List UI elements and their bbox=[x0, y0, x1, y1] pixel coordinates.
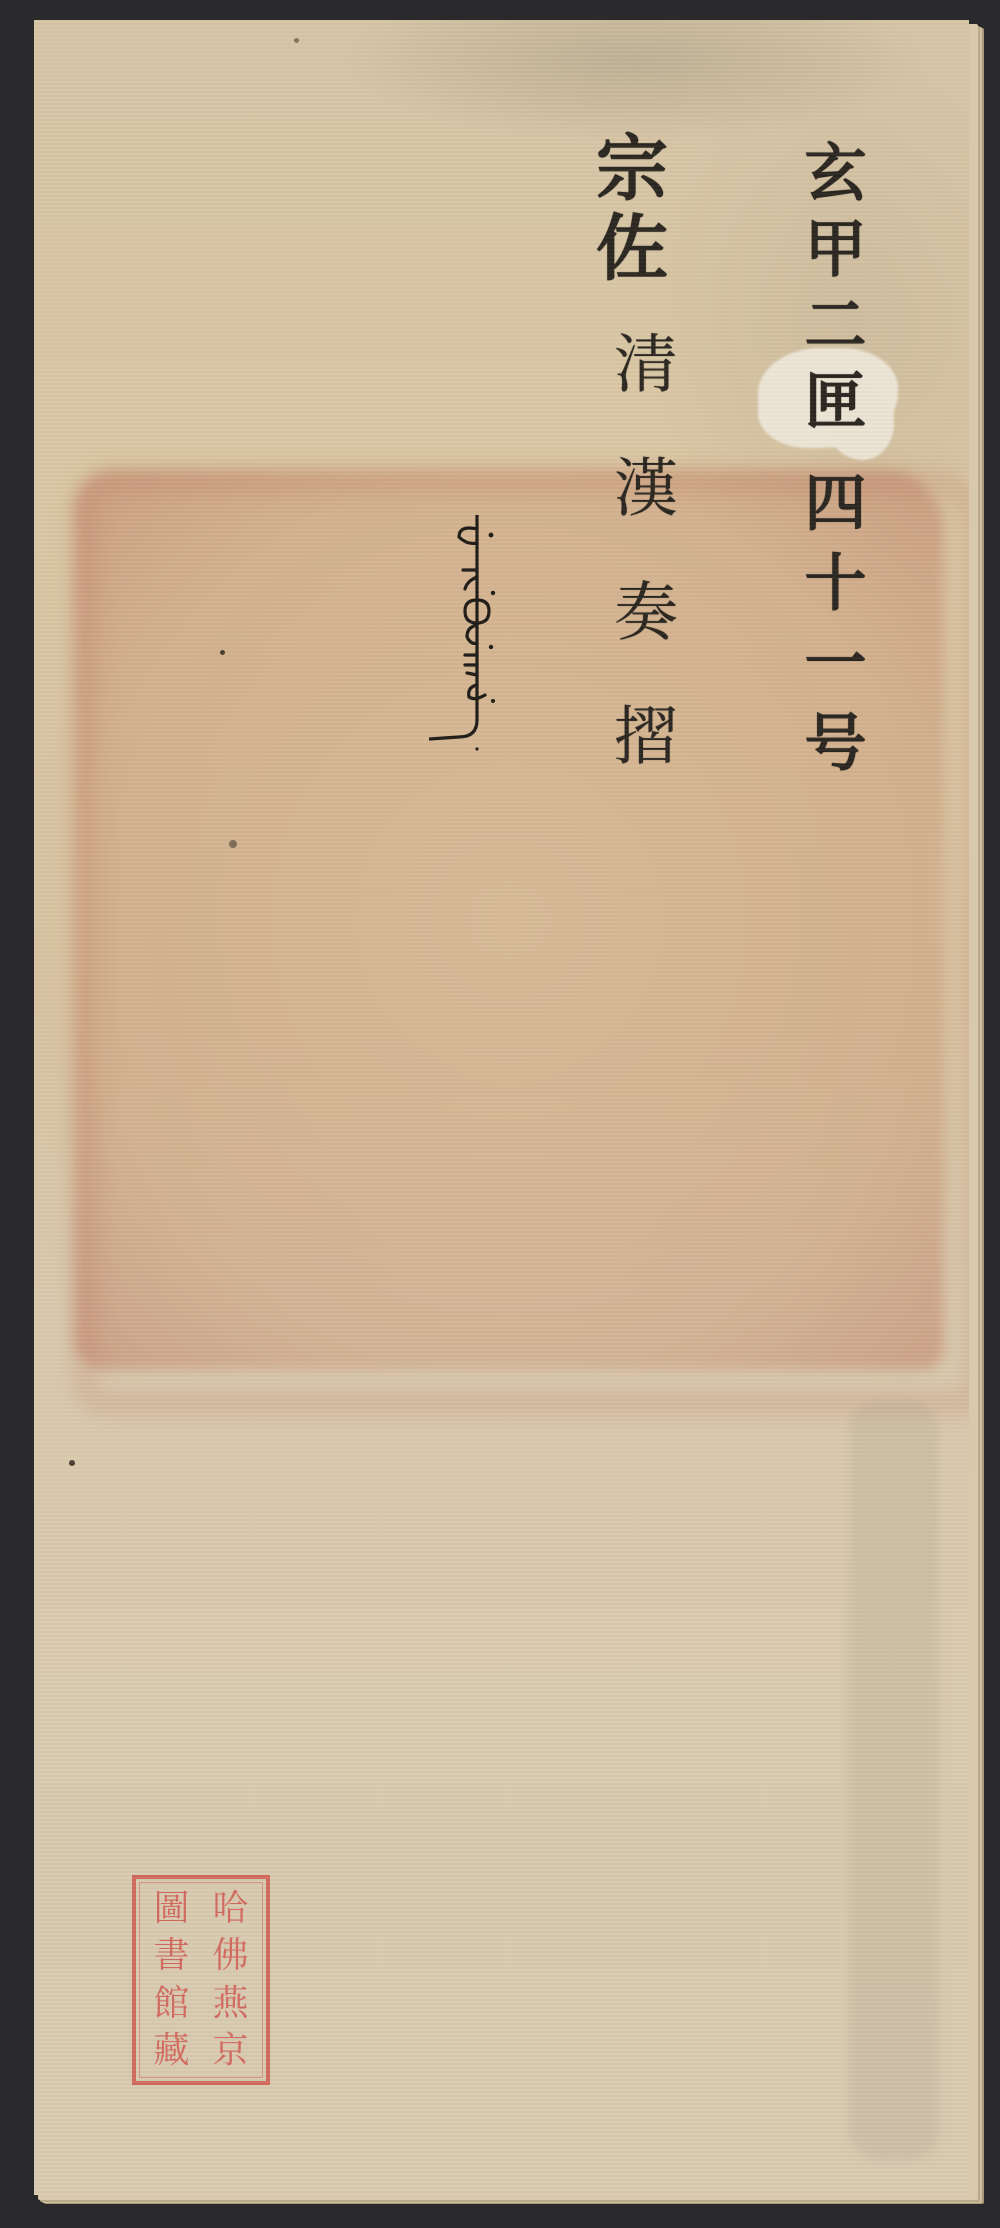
ink-speck bbox=[229, 840, 237, 848]
seal-char: 京 bbox=[201, 2028, 260, 2076]
seal-char: 藏 bbox=[142, 2028, 201, 2076]
manchu-script-icon bbox=[429, 515, 509, 755]
ink-speck bbox=[220, 650, 225, 655]
edge-damage bbox=[849, 1400, 939, 2160]
seal-char: 佛 bbox=[201, 1933, 260, 1981]
seal-char: 圖 bbox=[142, 1885, 201, 1933]
ink-speck bbox=[294, 38, 299, 43]
inscription-right-upper: 玄甲二匣 bbox=[786, 140, 875, 444]
manuscript-page: 玄甲二匣 四十一号 宗佐 清漢奏摺 哈 佛 燕 京 圖 書 館 藏 bbox=[34, 20, 969, 2195]
seal-char: 燕 bbox=[201, 1980, 260, 2028]
inscription-middle: 清漢奏摺 bbox=[594, 330, 686, 826]
inscription-left-upper: 宗佐 bbox=[574, 130, 678, 290]
inscription-right-lower: 四十一号 bbox=[786, 470, 875, 790]
ink-speck bbox=[69, 1460, 75, 1466]
seal-char: 館 bbox=[142, 1980, 201, 2028]
library-seal: 哈 佛 燕 京 圖 書 館 藏 bbox=[132, 1875, 270, 2085]
seal-char: 哈 bbox=[201, 1885, 260, 1933]
seal-char: 書 bbox=[142, 1933, 201, 1981]
